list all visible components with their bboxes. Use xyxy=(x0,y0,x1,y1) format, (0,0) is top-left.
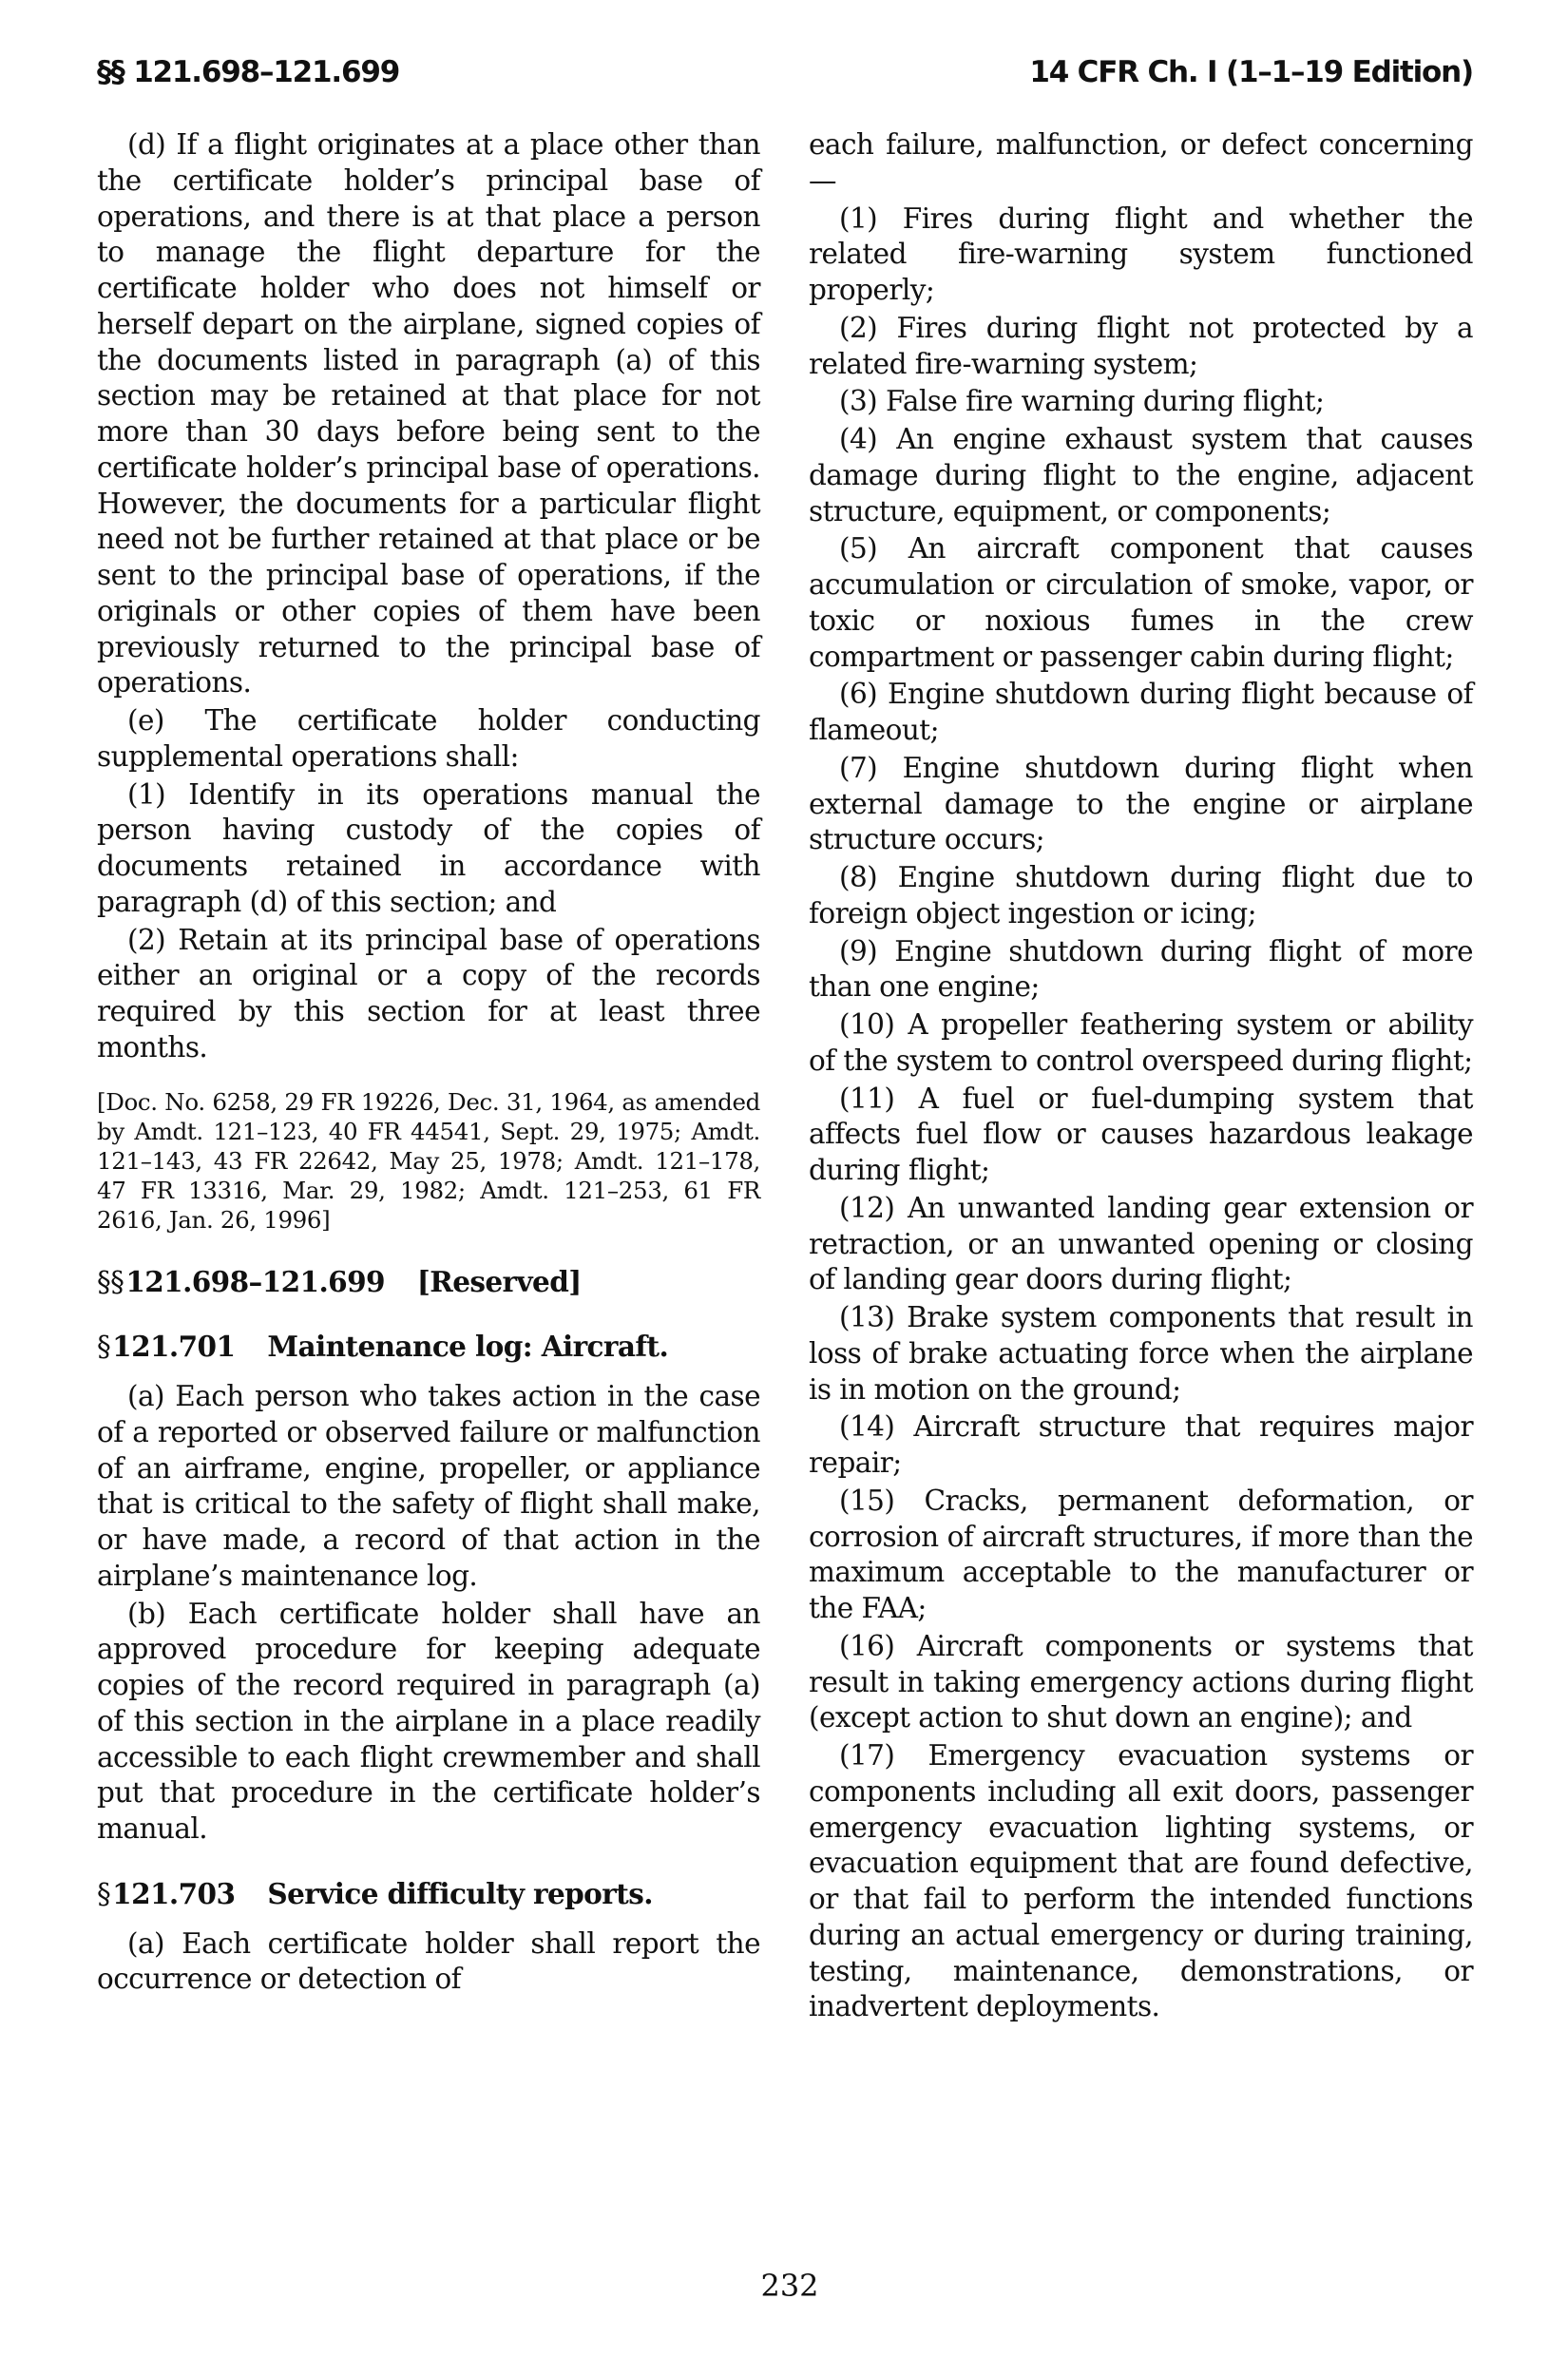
list-item-2: (2) Fires during flight not protected by… xyxy=(809,311,1473,383)
paragraph-e: (e) The certificate holder conducting su… xyxy=(97,703,760,776)
list-item-15: (15) Cracks, permanent deformation, or c… xyxy=(809,1484,1473,1627)
list-item-11: (11) A fuel or fuel-dumping system that … xyxy=(809,1082,1473,1189)
section-symbol: § xyxy=(97,1878,110,1910)
list-item-12: (12) An unwanted landing gear extension … xyxy=(809,1191,1473,1298)
paragraph-701-b: (b) Each certificate holder shall have a… xyxy=(97,1597,760,1848)
paragraph-703-a: (a) Each certificate holder shall report… xyxy=(97,1926,760,1999)
paragraph-701-a: (a) Each person who takes action in the … xyxy=(97,1379,760,1595)
list-item-4: (4) An engine exhaust system that causes… xyxy=(809,422,1473,529)
section-symbol: §§ xyxy=(97,1266,124,1298)
section-number: 121.698–121.699 xyxy=(125,1265,385,1298)
right-column: each failure, malfunction, or defect con… xyxy=(809,127,1473,2027)
section-title: Maintenance log: Aircraft. xyxy=(267,1330,668,1363)
section-heading-121-698-699: §§121.698–121.699[Reserved] xyxy=(97,1264,760,1301)
section-title: [Reserved] xyxy=(417,1265,582,1298)
list-item-1: (1) Fires during flight and whether the … xyxy=(809,201,1473,309)
list-item-8: (8) Engine shutdown during flight due to… xyxy=(809,860,1473,932)
running-head-section-range: §§ 121.698–121.699 xyxy=(97,55,399,89)
list-item-9: (9) Engine shutdown during flight of mor… xyxy=(809,934,1473,1006)
paragraph-703-a-continuation: each failure, malfunction, or defect con… xyxy=(809,127,1473,200)
section-number: 121.701 xyxy=(112,1330,235,1363)
document-page: §§ 121.698–121.699 14 CFR Ch. I (1–1–19 … xyxy=(0,0,1568,2376)
section-symbol: § xyxy=(97,1331,110,1363)
page-number: 232 xyxy=(0,2268,1568,2304)
section-heading-121-701: §121.701Maintenance log: Aircraft. xyxy=(97,1329,760,1366)
list-item-5: (5) An aircraft component that causes ac… xyxy=(809,531,1473,675)
list-item-3: (3) False fire warning during flight; xyxy=(809,384,1473,420)
running-head-edition: 14 CFR Ch. I (1–1–19 Edition) xyxy=(1029,55,1473,89)
list-item-14: (14) Aircraft structure that requires ma… xyxy=(809,1409,1473,1482)
running-head: §§ 121.698–121.699 14 CFR Ch. I (1–1–19 … xyxy=(97,55,1473,97)
section-heading-121-703: §121.703Service difficulty reports. xyxy=(97,1876,760,1913)
section-title: Service difficulty reports. xyxy=(267,1877,653,1910)
list-item-10: (10) A propeller feathering system or ab… xyxy=(809,1007,1473,1080)
list-item-13: (13) Brake system components that result… xyxy=(809,1300,1473,1408)
list-item-17: (17) Emergency evacuation systems or com… xyxy=(809,1738,1473,2025)
paragraph-d: (d) If a flight originates at a place ot… xyxy=(97,127,760,701)
section-number: 121.703 xyxy=(112,1877,235,1910)
source-citation: [Doc. No. 6258, 29 FR 19226, Dec. 31, 19… xyxy=(97,1087,760,1236)
left-column: (d) If a flight originates at a place ot… xyxy=(97,127,760,2000)
list-item-16: (16) Aircraft components or systems that… xyxy=(809,1629,1473,1736)
paragraph-e-2: (2) Retain at its principal base of oper… xyxy=(97,923,760,1066)
list-item-7: (7) Engine shutdown during flight when e… xyxy=(809,751,1473,858)
paragraph-e-1: (1) Identify in its operations manual th… xyxy=(97,777,760,921)
list-item-6: (6) Engine shutdown during flight becaus… xyxy=(809,677,1473,749)
